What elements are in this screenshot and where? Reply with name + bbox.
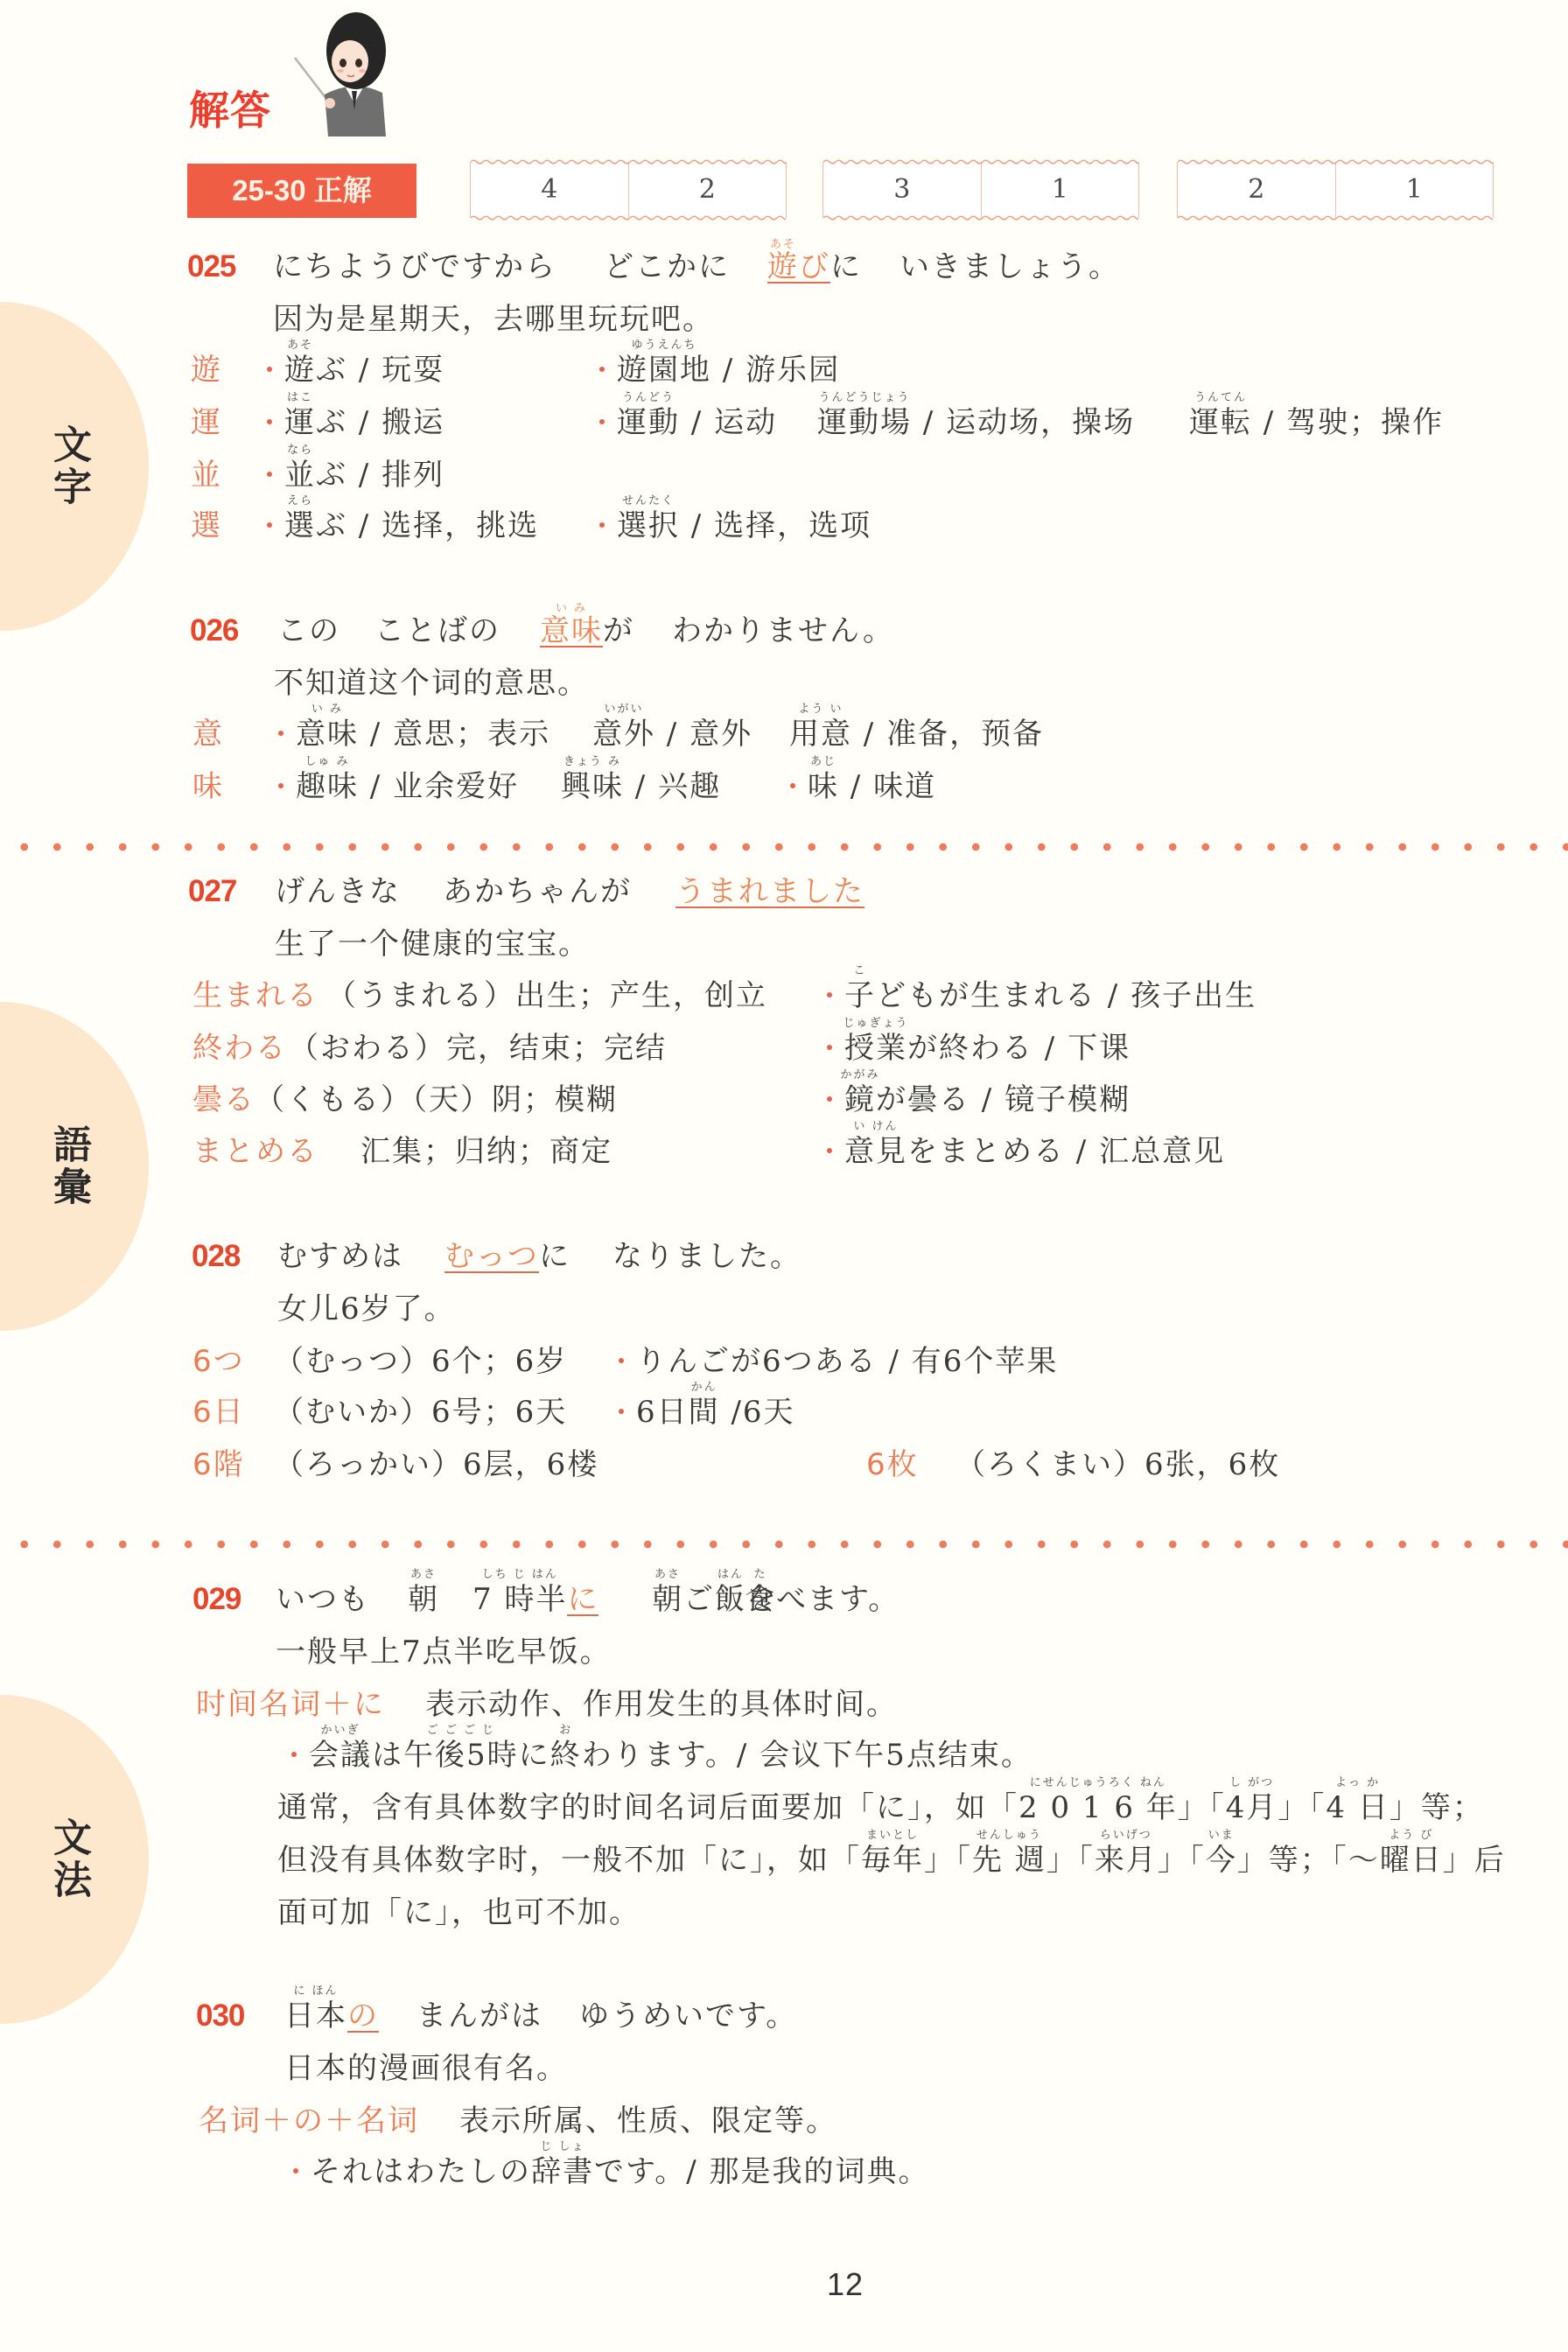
furigana: はこ [287, 392, 313, 404]
vocab-item: 味あじ / 味道 [790, 769, 936, 804]
kanji: 4 日 [1326, 1790, 1389, 1825]
answer-cell: 2 [1178, 162, 1336, 218]
sentence-phrase: にちようびですから [273, 249, 556, 284]
kanji: 意見 [844, 1134, 907, 1169]
answer-range-label: 25-30 正解 [187, 164, 416, 218]
sentence-phrase: どこかに [604, 249, 730, 284]
answer-heading: 解答 [189, 79, 271, 136]
okurigana: び [799, 249, 830, 284]
ruby-base: 先 週せんしゅう [972, 1843, 1046, 1878]
bullet-icon [291, 1752, 297, 1757]
grammar-point-row: 时间名词＋に 表示动作、作用发生的具体时间。 [0, 1687, 1568, 1722]
grammar-note-line-3: 面可加「に」，也可不加。 [0, 1895, 1568, 1930]
furigana: あじ [810, 756, 836, 768]
answer-highlight: の [347, 2001, 379, 2033]
furigana: せんしゅう [976, 1830, 1042, 1842]
example-text: 6日 [636, 1395, 689, 1430]
meaning: / 味道 [839, 769, 936, 804]
answer-cell: 2 [629, 162, 787, 218]
bullet-icon [599, 522, 605, 528]
kanji-label: 意 [192, 717, 224, 752]
bullet-icon [619, 1358, 624, 1363]
vocab-item: 運転うんてん / 驾驶；操作 [1189, 405, 1444, 440]
example-text: どもが生まれる / 孩子出生 [876, 978, 1256, 1013]
bullet-icon [278, 731, 283, 736]
answer-group-27-28: 3 1 [822, 162, 1139, 218]
ruby-base: 終お [550, 1738, 582, 1773]
furigana: あそ [770, 239, 796, 251]
kanji: 興味 [561, 769, 624, 804]
furigana: に ほん [293, 1985, 338, 1998]
example-text: りんごが6つある / 有6个苹果 [636, 1344, 1058, 1379]
ruby-base: 授業じゅぎょう [844, 1031, 907, 1066]
bullet-icon [599, 367, 605, 372]
particle: に [539, 1239, 570, 1274]
example-sentence: りんごが6つある / 有6个苹果 [619, 1344, 1058, 1379]
kanji: 午後5時 [403, 1738, 519, 1773]
grammar-label: 时间名词＋に [196, 1687, 385, 1722]
question-028-sentence: 028 むすめは むっつに なりました。 [0, 1239, 1568, 1274]
ruby-base: 食た [745, 1582, 776, 1617]
okurigana: ぶ [316, 353, 347, 388]
furigana: よっ か [1335, 1777, 1380, 1789]
counter-word: 6日 [192, 1395, 245, 1430]
bullet-icon [827, 1148, 832, 1153]
ruby-base: 朝あさ [652, 1582, 683, 1617]
meaning: / 排列 [347, 458, 444, 493]
kana: ご [683, 1582, 715, 1617]
answer-group-29-30: 2 1 [1177, 162, 1494, 218]
kanji: 並 [284, 458, 316, 493]
particle: が [603, 613, 634, 648]
sentence-phrase: なりました。 [612, 1239, 801, 1274]
ruby-base: 今いま [1206, 1843, 1237, 1878]
furigana: あさ [654, 1569, 681, 1581]
kanji: 授業 [844, 1031, 907, 1066]
ruby-base: 遊あそ [767, 252, 799, 282]
kanji: 7 時半 [472, 1582, 567, 1617]
kanji: 運動場 [817, 405, 912, 440]
translation: 女儿6岁了。 [277, 1291, 456, 1326]
example-sentence: 鏡かがみが曇る / 镜子模糊 [827, 1082, 1130, 1117]
kanji-row-i: 意 意味い み / 意思；表示 意外いがい / 意外 用意よう い / 准备，预… [0, 717, 1568, 752]
vocab-item: 興味きょう み / 兴趣 [561, 769, 721, 804]
ruby-base: 運転うんてん [1189, 405, 1252, 440]
ruby-base: 運はこ [284, 405, 316, 440]
furigana: まいとし [866, 1830, 919, 1842]
bullet-icon [827, 1096, 832, 1102]
ruby-base: 辞書じ しょ [531, 2154, 594, 2189]
sentence-phrase: この [277, 613, 340, 648]
furigana: い み [556, 603, 587, 615]
furigana: た [753, 1569, 766, 1581]
note-segment: 」后 [1443, 1843, 1506, 1878]
sentence-phrase: 日本に ほんの [284, 1998, 379, 2033]
ruby-base: 遊園地ゆうえんち [617, 353, 711, 388]
question-027-translation: 生了一个健康的宝宝。 [0, 927, 1568, 962]
kanji: 意味 [296, 717, 359, 752]
dotted-separator [0, 842, 1568, 852]
ruby-base: 7 時半しち じ はん [472, 1582, 567, 1617]
kanji: 子 [844, 978, 876, 1013]
kanji-row-yu: 遊 遊あそぶ / 玩耍 遊園地ゆうえんち / 游乐园 [0, 353, 1568, 388]
furigana: いま [1208, 1830, 1235, 1842]
sentence-phrase: ことばの [374, 613, 500, 648]
furigana: い み [311, 703, 343, 716]
counter-word: 6枚 [866, 1447, 919, 1482]
furigana: よう い [798, 703, 843, 716]
bullet-icon [267, 419, 272, 424]
ruby-base: 曜日よう び [1380, 1843, 1443, 1878]
note-segment: 」等； [1389, 1790, 1484, 1825]
kanji: 選択 [617, 508, 680, 543]
kanji: 先 週 [972, 1843, 1046, 1878]
bullet-icon [827, 1045, 832, 1050]
okurigana: ぶ [316, 508, 347, 543]
ruby-base: 子こ [844, 978, 876, 1013]
kanji: 選 [284, 508, 316, 543]
meaning: / 运动场，操场 [912, 405, 1135, 440]
ruby-base: 日本に ほん [284, 1998, 347, 2033]
kanji: 遊園地 [617, 353, 711, 388]
furigana: し がつ [1229, 1777, 1274, 1789]
furigana: うんてん [1194, 392, 1247, 404]
bullet-icon [790, 783, 795, 788]
question-number: 026 [190, 613, 238, 648]
vocab-item: 運はこぶ / 搬运 [267, 405, 444, 440]
furigana: ご ご ご じ [427, 1725, 495, 1737]
kanji: 味 [808, 769, 839, 804]
furigana: はん [717, 1569, 744, 1581]
kanji-label: 運 [191, 405, 222, 440]
furigana: せんたく [622, 495, 675, 507]
kanji: 運 [284, 405, 316, 440]
ruby-base: 意味い み [296, 717, 359, 752]
note-text: 但没有具体数字时，一般不加「に」，如「毎年まいとし」「先 週せんしゅう」「来月ら… [277, 1843, 1506, 1878]
answer-cell: 1 [982, 162, 1139, 218]
wavy-border [471, 158, 786, 165]
dotted-separator [0, 1539, 1568, 1550]
kanji: 会議 [309, 1738, 372, 1773]
bullet-icon [827, 992, 832, 997]
okurigana: ぶ [316, 405, 347, 440]
page-number: 12 [61, 2266, 1568, 2303]
note-segment: 但没有具体数字时，一般不加「に」，如「 [277, 1843, 861, 1878]
example-text: が終わる / 下课 [907, 1031, 1130, 1066]
kanji-label: 遊 [191, 353, 222, 388]
kanji: 遊 [767, 249, 799, 284]
counter-row-muika: 6日 （むいか）6号；6天 6日間かん /6天 [0, 1395, 1568, 1430]
ruby-base: 並なら [284, 458, 316, 493]
example-sentence: それはわたしの辞書じ しょです。/ 那是我的词典。 [293, 2154, 930, 2189]
sentence-phrase: げんきな [275, 874, 401, 909]
kanji-row-nami: 並 並ならぶ / 排列 [0, 458, 1568, 493]
question-029-sentence: 029 いつも 朝あさ 7 時半しち じ はんに 朝あさご飯はんを 食たべます。 [0, 1582, 1568, 1617]
translation: 一般早上7点半吃早饭。 [276, 1634, 612, 1669]
question-number: 028 [192, 1239, 240, 1274]
meaning: / 选择，挑选 [347, 508, 539, 543]
answer-highlight: 意味い み [540, 616, 603, 647]
question-029-translation: 一般早上7点半吃早饭。 [0, 1634, 1568, 1669]
ruby-base: 会議かいぎ [309, 1738, 372, 1773]
furigana: いがい [604, 703, 643, 716]
kanji: 飯 [715, 1582, 746, 1617]
note-text: 通常，含有具体数字的时间名词后面要加「に」，如「2 0 1 6 年にせんじゅうろ… [277, 1790, 1484, 1825]
furigana: じゅぎょう [843, 1018, 908, 1030]
sentence-phrase: むすめは [277, 1239, 403, 1274]
question-number: 025 [187, 249, 235, 284]
example-text: /6天 [720, 1395, 795, 1430]
grammar-label: 名词＋の＋名词 [199, 2103, 419, 2138]
meaning: / 意思；表示 [359, 717, 550, 752]
kanji-label: 並 [191, 458, 222, 493]
kana: べます。 [776, 1582, 899, 1617]
question-025-sentence: 025 にちようびですから どこかに 遊あそびに いきましょう。 [0, 249, 1568, 284]
question-025-translation: 因为是星期天，去哪里玩玩吧。 [0, 302, 1568, 337]
sentence-phrase: いきましょう。 [899, 249, 1120, 284]
note-text: 面可加「に」，也可不加。 [277, 1895, 640, 1930]
kanji: 曜日 [1380, 1843, 1443, 1878]
bullet-icon [599, 419, 605, 424]
bullet-icon [619, 1409, 624, 1414]
question-027-sentence: 027 げんきな あかちゃんが うまれました [0, 874, 1568, 909]
kanji: 終 [550, 1738, 582, 1773]
sentence-phrase: 意味い みが [540, 613, 634, 648]
ruby-base: 4月し がつ [1226, 1790, 1278, 1825]
kanji: 趣味 [296, 769, 359, 804]
furigana: あさ [410, 1569, 437, 1581]
note-segment: 」「 [1158, 1843, 1206, 1878]
ruby-base: 飯はん [715, 1582, 746, 1617]
example-text: に [519, 1738, 550, 1773]
meaning: / 搬运 [347, 405, 444, 440]
ruby-base: 来月らいげつ [1095, 1843, 1158, 1878]
vocab-detail: （くもる）（天）阴；模糊 [255, 1082, 618, 1117]
note-segment: 」等；「～ [1237, 1843, 1380, 1878]
answer-highlight: に [567, 1585, 598, 1616]
kanji: 辞書 [531, 2154, 594, 2189]
kanji-label: 選 [191, 508, 222, 543]
vocab-item: 運動うんどう / 运动 [599, 405, 777, 440]
kanji: 鏡 [844, 1082, 876, 1117]
furigana: ゆうえんち [631, 339, 696, 352]
question-028-translation: 女儿6岁了。 [0, 1291, 1568, 1326]
sentence-phrase: うまれました [675, 874, 864, 909]
vocab-row-matomeru: まとめる 汇集；归纳；商定 意見い けんをまとめる / 汇总意见 [0, 1134, 1568, 1169]
vocab-item: 運動場うんどうじょう / 运动场，操场 [817, 405, 1135, 440]
answer-group-25-26: 4 2 [470, 162, 787, 218]
ruby-base: 2 0 1 6 年にせんじゅうろく ねん [1018, 1790, 1178, 1825]
note-segment: 」「 [1046, 1843, 1095, 1878]
kanji: 意味 [540, 613, 603, 648]
ruby-base: 運動うんどう [617, 405, 680, 440]
ruby-base: 興味きょう み [561, 769, 624, 804]
meaning: / 运动 [680, 405, 777, 440]
example-sentence: 6日間かん /6天 [619, 1395, 795, 1430]
grammar-example-row: 会議かいぎは午後5時ご ご ご じに終おわります。/ 会议下午5点结束。 [0, 1738, 1568, 1773]
note-segment: 」「 [924, 1843, 972, 1878]
question-number: 027 [188, 874, 236, 909]
translation: 不知道这个词的意思。 [274, 666, 589, 701]
ruby-base: 遊あそ [284, 353, 316, 388]
grammar-note-line-2: 但没有具体数字时，一般不加「に」，如「毎年まいとし」「先 週せんしゅう」「来月ら… [0, 1843, 1568, 1878]
furigana: うんどうじょう [818, 392, 910, 404]
kanji: 朝 [652, 1582, 683, 1617]
kanji-label: 味 [192, 769, 224, 804]
vocab-item: 意味い み / 意思；表示 [278, 717, 550, 752]
example-sentence: 会議かいぎは午後5時ご ご ご じに終おわります。/ 会议下午5点结束。 [291, 1738, 1032, 1773]
bullet-icon [293, 2168, 298, 2173]
vocab-row-owaru: 終わる （おわる）完，结束；完结 授業じゅぎょうが終わる / 下课 [0, 1031, 1568, 1066]
vocab-word: 生まれる [192, 978, 318, 1013]
particle: に [830, 249, 862, 284]
translation: 因为是星期天，去哪里玩玩吧。 [273, 302, 714, 337]
ruby-base: 運動場うんどうじょう [817, 405, 912, 440]
answer-cell: 3 [823, 162, 982, 218]
vocab-item: 選択せんたく / 选择，选项 [599, 508, 871, 543]
answer-highlight: うまれました [675, 877, 864, 908]
furigana: かいぎ [320, 1725, 360, 1737]
ruby-base: 味あじ [808, 769, 839, 804]
answer-highlight: むっつ [444, 1242, 539, 1273]
kanji-row-un: 運 運はこぶ / 搬运 運動うんどう / 运动 運動場うんどうじょう / 运动场… [0, 405, 1568, 440]
kanji: 運転 [1189, 405, 1252, 440]
kanji: 遊 [284, 353, 316, 388]
furigana: かがみ [840, 1069, 879, 1081]
meaning: / 意外 [655, 717, 752, 752]
vocab-item: 意外いがい / 意外 [592, 717, 752, 752]
vocab-row-kumoru: 曇る （くもる）（天）阴；模糊 鏡かがみが曇る / 镜子模糊 [0, 1082, 1568, 1117]
wavy-border [823, 214, 1138, 221]
example-text: それはわたしの [311, 2154, 531, 2189]
example-text: です。/ 那是我的词典。 [594, 2154, 930, 2189]
question-number: 029 [192, 1582, 241, 1617]
sentence-phrase: いつも [276, 1582, 370, 1617]
ruby-base: 意外いがい [592, 717, 655, 752]
vocab-detail: 汇集；归纳；商定 [360, 1134, 612, 1169]
furigana: こ [853, 965, 866, 977]
kanji: 今 [1206, 1843, 1237, 1878]
furigana: なら [287, 444, 313, 457]
furigana: うんどう [622, 392, 675, 404]
answer-cell: 1 [1336, 162, 1494, 218]
vocab-item: 用意よう い / 准备，预备 [789, 717, 1044, 752]
vocab-item: 並ならぶ / 排列 [267, 458, 444, 493]
meaning: / 选择，选项 [680, 508, 871, 543]
ruby-base: 意味い み [540, 616, 603, 646]
vocab-item: 遊園地ゆうえんち / 游乐园 [599, 353, 840, 388]
furigana: きょう み [563, 756, 621, 768]
sentence-phrase: 食たべます。 [745, 1582, 899, 1617]
example-sentence: 意見い けんをまとめる / 汇总意见 [827, 1134, 1225, 1169]
vocab-detail: （うまれる）出生；产生，创立 [326, 978, 767, 1013]
counter-row-muttsu: 6つ （むっつ）6个；6岁 りんごが6つある / 有6个苹果 [0, 1344, 1568, 1379]
kanji: 朝 [408, 1582, 439, 1617]
example-text: は [372, 1738, 403, 1773]
furigana: い けん [853, 1121, 898, 1133]
meaning: / 驾驶；操作 [1252, 405, 1444, 440]
ruby-base: 趣味しゅ み [296, 769, 359, 804]
example-text: わります。/ 会议下午5点结束。 [582, 1738, 1032, 1773]
grammar-explanation: 表示所属、性质、限定等。 [459, 2103, 837, 2138]
example-text: をまとめる / 汇总意见 [907, 1134, 1225, 1169]
note-segment: 通常，含有具体数字的时间名词后面要加「に」，如「 [277, 1790, 1018, 1825]
counter-detail: （ろっかい）6层，6楼 [274, 1447, 598, 1482]
counter-word: 6つ [192, 1344, 245, 1379]
sentence-phrase: むっつに [444, 1239, 570, 1274]
kanji: 運動 [617, 405, 680, 440]
furigana: お [559, 1725, 572, 1737]
bullet-icon [267, 367, 272, 372]
sentence-phrase: 遊あそびに [767, 249, 862, 284]
question-026-sentence: 026 この ことばの 意味い みが わかりません。 [0, 613, 1568, 648]
counter-word: 6階 [192, 1447, 245, 1482]
furigana: じ しょ [540, 2141, 584, 2153]
kanji: 間 [689, 1395, 720, 1430]
sentence-phrase: あかちゃんが [443, 874, 632, 909]
furigana: しち じ はん [482, 1569, 558, 1581]
counter-row-rokkai: 6階 （ろっかい）6层，6楼 6枚 （ろくまい）6张，6枚 [0, 1447, 1568, 1482]
bullet-icon [267, 472, 272, 477]
grammar-explanation: 表示动作、作用发生的具体时间。 [425, 1687, 898, 1722]
meaning: / 兴趣 [624, 769, 721, 804]
vocab-item: 趣味しゅ み / 业余爱好 [278, 769, 519, 804]
wavy-border [1178, 214, 1493, 221]
vocab-word: まとめる [192, 1134, 318, 1169]
furigana: えら [287, 495, 313, 507]
question-030-sentence: 030 日本に ほんの まんがは ゆうめいです。 [0, 1998, 1568, 2033]
question-number: 030 [196, 1998, 244, 2033]
kanji: 毎年 [861, 1843, 924, 1878]
ruby-base: 朝あさ [408, 1582, 439, 1617]
translation: 生了一个健康的宝宝。 [275, 927, 590, 962]
meaning: / 玩耍 [347, 353, 444, 388]
furigana: よう び [1389, 1830, 1433, 1842]
furigana: かん [691, 1382, 717, 1394]
ruby-base: 選えら [284, 508, 316, 543]
counter-detail: （ろくまい）6张，6枚 [955, 1447, 1280, 1482]
vocab-row-umareru: 生まれる （うまれる）出生；产生，创立 子こどもが生まれる / 孩子出生 [0, 978, 1568, 1013]
kanji: 意外 [592, 717, 655, 752]
sentence-phrase: 朝あさ [408, 1582, 439, 1617]
sentence-phrase: ゆうめいです。 [579, 1998, 797, 2033]
kanji: 用意 [789, 717, 852, 752]
answer-highlight: 遊あそび [767, 252, 830, 283]
kanji: 食 [745, 1582, 776, 1617]
grammar-example-row: それはわたしの辞書じ しょです。/ 那是我的词典。 [0, 2154, 1568, 2189]
ruby-base: 鏡かがみ [844, 1082, 876, 1117]
teacher-mascot-icon [293, 5, 394, 136]
question-030-translation: 日本的漫画很有名。 [0, 2051, 1568, 2086]
vocab-detail: （おわる）完，结束；完结 [289, 1031, 667, 1066]
grammar-point-row: 名词＋の＋名词 表示所属、性质、限定等。 [0, 2103, 1568, 2138]
kanji: 日本 [284, 1998, 347, 2033]
sentence-phrase: 7 時半しち じ はんに [472, 1582, 598, 1617]
kanji-row-sen: 選 選えらぶ / 选择，挑选 選択せんたく / 选择，选项 [0, 508, 1568, 543]
meaning: / 准备，预备 [852, 717, 1044, 752]
meaning: / 业余爱好 [359, 769, 519, 804]
example-text: が曇る / 镜子模糊 [876, 1082, 1130, 1117]
note-segment: 」「 [1277, 1790, 1326, 1825]
example-sentence: 授業じゅぎょうが終わる / 下课 [827, 1031, 1130, 1066]
kanji: 来月 [1095, 1843, 1158, 1878]
grammar-note-line-1: 通常，含有具体数字的时间名词后面要加「に」，如「2 0 1 6 年にせんじゅうろ… [0, 1790, 1568, 1825]
furigana: しゅ み [304, 756, 349, 768]
ruby-base: 意見い けん [844, 1134, 907, 1169]
example-sentence: 子こどもが生まれる / 孩子出生 [827, 978, 1256, 1013]
sentence-phrase: まんがは [416, 1998, 542, 2033]
sentence-phrase: わかりません。 [672, 613, 894, 648]
